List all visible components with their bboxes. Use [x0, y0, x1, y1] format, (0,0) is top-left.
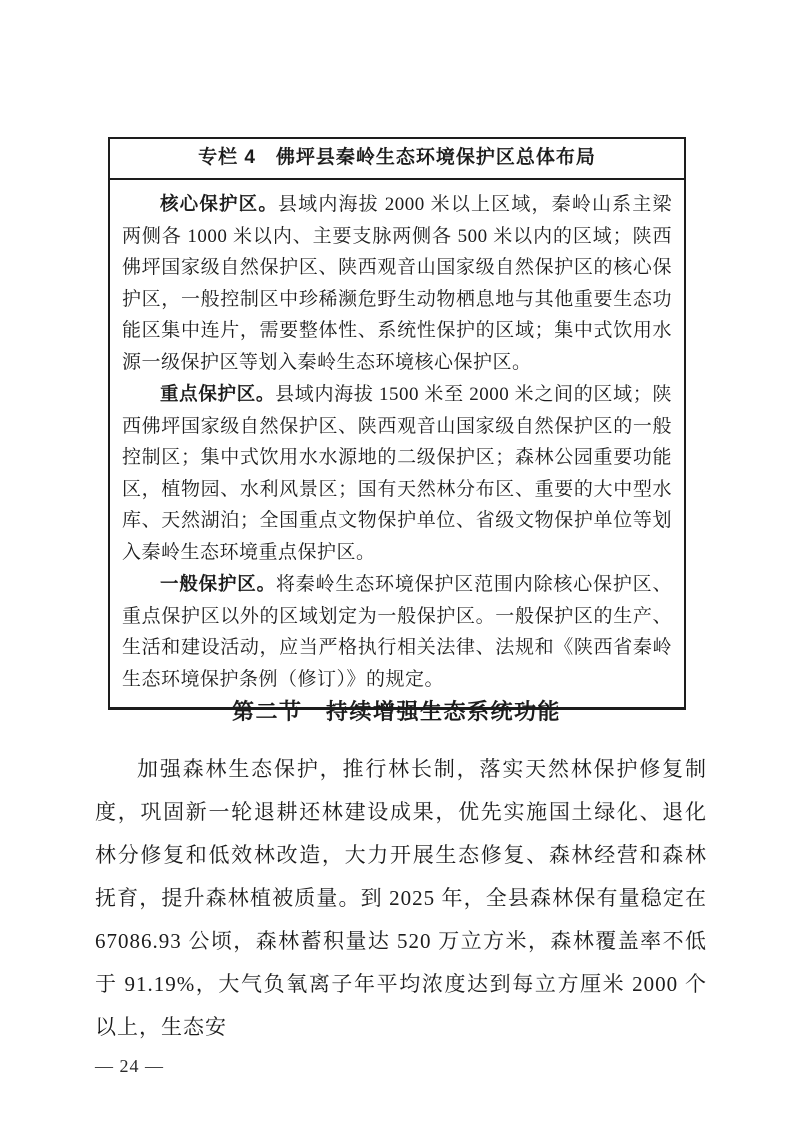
document-page: 专栏 4 佛坪县秦岭生态环境保护区总体布局 核心保护区。县域内海拔 2000 米… — [0, 0, 793, 1122]
panel-paragraph-key-lead: 重点保护区。 — [160, 383, 275, 404]
panel-paragraph-key: 重点保护区。县域内海拔 1500 米至 2000 米之间的区域；陕西佛坪国家级自… — [122, 378, 672, 568]
highlight-box-title: 专栏 4 佛坪县秦岭生态环境保护区总体布局 — [110, 139, 684, 180]
panel-paragraph-core: 核心保护区。县域内海拔 2000 米以上区域，秦岭山系主梁两侧各 1000 米以… — [122, 188, 672, 378]
panel-paragraph-core-lead: 核心保护区。 — [160, 193, 278, 214]
panel-paragraph-key-text: 县域内海拔 1500 米至 2000 米之间的区域；陕西佛坪国家级自然保护区、陕… — [122, 384, 672, 563]
page-number: — 24 — — [95, 1056, 164, 1077]
panel-paragraph-general: 一般保护区。将秦岭生态环境保护区范围内除核心保护区、重点保护区以外的区域划定为一… — [122, 568, 672, 695]
panel-paragraph-core-text: 县域内海拔 2000 米以上区域，秦岭山系主梁两侧各 1000 米以内、主要支脉… — [122, 194, 672, 373]
panel-paragraph-general-lead: 一般保护区。 — [160, 573, 276, 594]
highlight-box: 专栏 4 佛坪县秦岭生态环境保护区总体布局 核心保护区。县域内海拔 2000 米… — [108, 137, 686, 710]
section-heading: 第二节 持续增强生态系统功能 — [0, 695, 793, 726]
highlight-box-body: 核心保护区。县域内海拔 2000 米以上区域，秦岭山系主梁两侧各 1000 米以… — [110, 180, 684, 707]
body-paragraph: 加强森林生态保护，推行林长制，落实天然林保护修复制度，巩固新一轮退耕还林建设成果… — [95, 748, 707, 1049]
